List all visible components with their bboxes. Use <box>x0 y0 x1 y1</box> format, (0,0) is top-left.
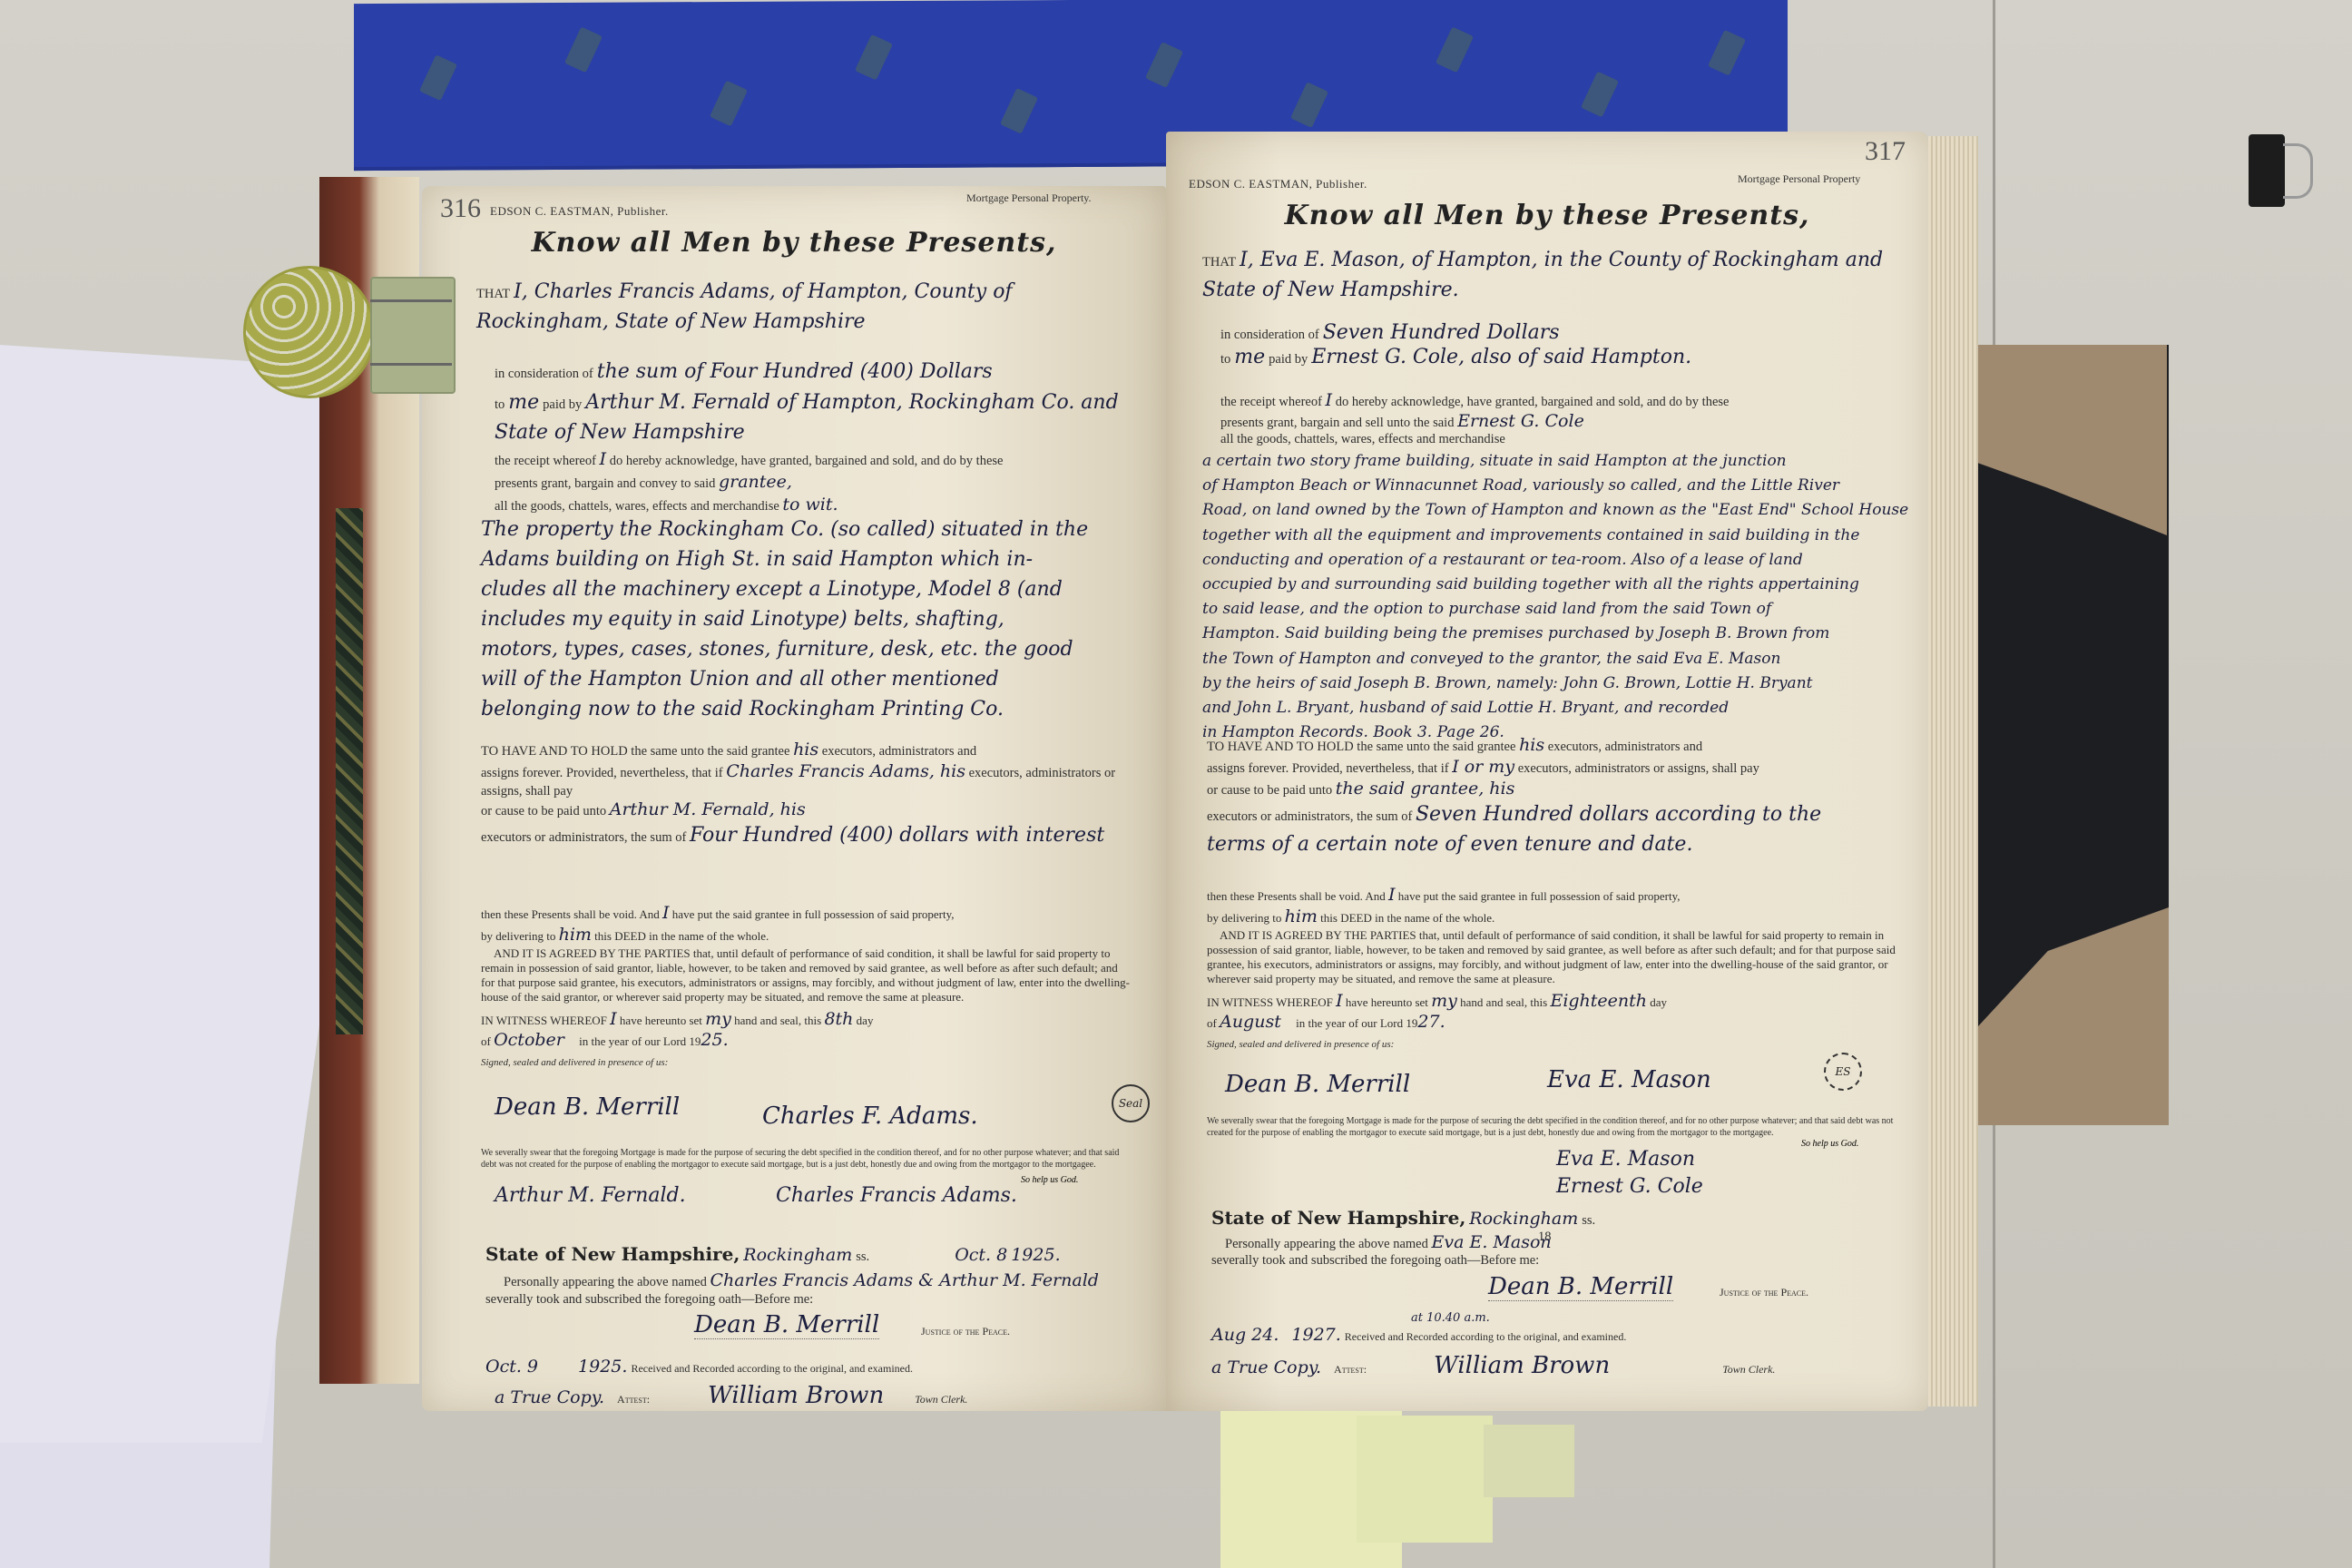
conditions: then these Presents shall be void. And I… <box>481 903 1134 1070</box>
decorative-binder-clip <box>243 259 456 404</box>
habendum-print: TO HAVE AND TO HOLD the same unto the sa… <box>481 744 789 759</box>
clip-wire <box>370 299 452 302</box>
habendum-line: assigns forever. Provided, nevertheless,… <box>1207 757 1906 779</box>
void-print: then these Presents shall be void. And <box>481 907 660 921</box>
subscribed-text: severally took and subscribed the forego… <box>485 1291 813 1308</box>
agreed-clause: AND IT IS AGREED BY THE PARTIES that, un… <box>481 946 1134 1005</box>
received-date: Aug 24. <box>1211 1325 1279 1345</box>
to-label: to <box>1220 352 1230 367</box>
form-type: Mortgage Personal Property <box>1738 172 1860 186</box>
void-line: then these Presents shall be void. And I… <box>1207 885 1906 906</box>
tape-pattern <box>564 26 603 73</box>
oath-signature: Charles Francis Adams. <box>776 1184 1017 1207</box>
habendum-terms: terms of a certain note of even tenure a… <box>1207 829 1906 859</box>
witness-my: my <box>705 1009 731 1029</box>
habendum-line: executors or administrators, the sum of … <box>481 820 1134 850</box>
habendum-line: or cause to be paid unto Arthur M. Ferna… <box>481 799 1134 821</box>
year-hand: 25. <box>701 1030 728 1050</box>
void-hand: I <box>662 903 670 923</box>
habendum-rest: executors, administrators and <box>1548 740 1702 754</box>
ss-label: ss. <box>856 1249 869 1264</box>
description-line: to said lease, and the option to purchas… <box>1202 597 1919 622</box>
received-time: at 10.40 a.m. <box>1411 1311 1490 1325</box>
tape-pattern <box>855 34 893 81</box>
sticky-note <box>1484 1425 1574 1497</box>
oath-signature: Ernest G. Cole <box>1556 1175 1703 1198</box>
grantee-name: Arthur M. Fernald of Hampton, Rockingham… <box>495 391 1119 444</box>
receipt-hand: I <box>600 449 607 469</box>
witness-date-line: of August in the year of our Lord 1927. <box>1207 1012 1906 1034</box>
oath-signature: Arthur M. Fernald. <box>495 1184 686 1207</box>
oath-text: We severally swear that the foregoing Mo… <box>1207 1116 1906 1139</box>
void-hand: I <box>1388 885 1396 905</box>
presents-hand: grantee, <box>719 472 792 492</box>
publisher: EDSON C. EASTMAN, Publisher. <box>1189 177 1367 191</box>
tape-pattern <box>710 81 748 127</box>
cardboard-box <box>1967 345 2169 1125</box>
to-label: to <box>495 397 505 412</box>
receipt-label: the receipt whereof <box>495 454 596 468</box>
clerk-signature: William Brown <box>708 1382 884 1409</box>
so-help-text: So help us God. <box>1801 1139 1858 1149</box>
seal-icon: ES <box>1824 1053 1862 1091</box>
clerk-signature: William Brown <box>1434 1352 1610 1379</box>
binder-clip-icon <box>2249 134 2285 207</box>
void-line: then these Presents shall be void. And I… <box>481 903 1134 925</box>
to-me: me <box>1234 346 1265 368</box>
received-line: Aug 24. 1927. Received and Recorded acco… <box>1211 1325 1910 1345</box>
deliver-hand: him <box>1285 906 1318 926</box>
state-label: State of New Hampshire, <box>485 1243 740 1265</box>
oath-date: Oct. 8 <box>955 1245 1007 1265</box>
habendum-print: assigns forever. Provided, nevertheless,… <box>481 766 723 780</box>
received-text: Received and Recorded according to the o… <box>1345 1330 1627 1343</box>
witness-signature: Dean B. Merrill <box>1225 1071 1410 1098</box>
goods-hand: to wit. <box>782 495 838 514</box>
grantor-name: I, Eva E. Mason, of Hampton, in the Coun… <box>1202 249 1883 301</box>
presents-hand: Ernest G. Cole <box>1457 411 1584 431</box>
received-year: 1927. <box>1291 1325 1340 1345</box>
paid-by-label: paid by <box>543 397 582 412</box>
witness-line: IN WITNESS WHEREOF I have hereunto set m… <box>481 1009 1134 1031</box>
clerk-label: Town Clerk. <box>915 1393 967 1406</box>
receipt-label: the receipt whereof <box>1220 395 1322 409</box>
habendum-line: TO HAVE AND TO HOLD the same unto the sa… <box>481 740 1134 761</box>
deliver-print: by delivering to <box>1207 911 1281 925</box>
justice-signature: Dean B. Merrill <box>694 1311 879 1339</box>
habendum-print: TO HAVE AND TO HOLD the same unto the sa… <box>1207 740 1515 754</box>
property-description: a certain two story frame building, situ… <box>1202 449 1919 745</box>
habendum-hand: Charles Francis Adams, his <box>726 761 965 781</box>
true-copy: a True Copy. <box>1211 1357 1321 1377</box>
presents-line: presents grant, bargain and convey to sa… <box>495 472 1130 494</box>
description-line: cludes all the machinery except a Linoty… <box>481 574 1134 604</box>
appearing-print: Personally appearing the above named <box>1225 1237 1428 1251</box>
witness-line: IN WITNESS WHEREOF I have hereunto set m… <box>1207 991 1906 1013</box>
year-print: in the year of our Lord 19 <box>1296 1016 1417 1030</box>
page-317: 317 EDSON C. EASTMAN, Publisher. Mortgag… <box>1166 132 1928 1411</box>
description-line: Adams building on High St. in said Hampt… <box>481 544 1134 574</box>
received-text: Received and Recorded according to the o… <box>631 1362 913 1375</box>
deliver-rest: this DEED in the name of the whole. <box>1320 911 1494 925</box>
habendum-hand: his <box>793 740 818 759</box>
consideration-line: in consideration of the sum of Four Hund… <box>495 357 1130 387</box>
witness-print: IN WITNESS WHEREOF <box>481 1014 607 1027</box>
tape-pattern <box>419 54 457 101</box>
goods-line: all the goods, chattels, wares, effects … <box>1220 431 1910 447</box>
presents-line: presents grant, bargain and sell unto th… <box>1220 411 1910 433</box>
paid-by-line: to me paid by Arthur M. Fernald of Hampt… <box>495 387 1130 447</box>
ss-label: ss. <box>1582 1213 1595 1228</box>
witness-mid: have hereunto set <box>1346 995 1428 1009</box>
true-copy: a True Copy. <box>495 1387 604 1407</box>
habendum-rest: executors, administrators or assigns, sh… <box>1518 761 1759 776</box>
witness-date-line: of October in the year of our Lord 1925. <box>481 1030 1134 1052</box>
received-line: Oct. 9 1925. Received and Recorded accor… <box>485 1357 1139 1377</box>
deliver-line: by delivering to him this DEED in the na… <box>1207 906 1906 928</box>
description-line: occupied by and surrounding said buildin… <box>1202 573 1919 597</box>
habendum-print: executors or administrators, the sum of <box>1207 809 1412 824</box>
witness-i: I <box>1336 991 1343 1011</box>
description-line: of Hampton Beach or Winnacunnet Road, va… <box>1202 474 1919 498</box>
box-flap-bottom <box>1967 907 2169 1125</box>
habendum-line: assigns forever. Provided, nevertheless,… <box>481 761 1134 799</box>
clip-wire <box>370 363 452 366</box>
description-line: motors, types, cases, stones, furniture,… <box>481 634 1134 664</box>
witness-mid: have hereunto set <box>620 1014 702 1027</box>
page-number: 317 <box>1865 136 1906 167</box>
goods-label: all the goods, chattels, wares, effects … <box>495 499 779 514</box>
signed-label: Signed, sealed and delivered in presence… <box>1207 1039 1906 1052</box>
grantor-line: THAT I, Eva E. Mason, of Hampton, in the… <box>1202 245 1910 305</box>
receipt-line: the receipt whereof I do hereby acknowle… <box>1220 390 1910 412</box>
receipt-rest: do hereby acknowledge, have granted, bar… <box>1336 395 1730 409</box>
day-label: day <box>1650 995 1667 1009</box>
state-label: State of New Hampshire, <box>1211 1207 1465 1229</box>
received-year: 1925. <box>578 1357 627 1377</box>
justice-label: Justice of the Peace. <box>921 1325 1010 1338</box>
presents-label: presents grant, bargain and convey to sa… <box>495 476 715 491</box>
oath-text: We severally swear that the foregoing Mo… <box>481 1148 1134 1171</box>
attest-line: a True Copy. Attest: William Brown Town … <box>1211 1352 1910 1379</box>
page-316: 316 EDSON C. EASTMAN, Publisher. Mortgag… <box>422 186 1166 1411</box>
presents-label: presents grant, bargain and sell unto th… <box>1220 416 1454 430</box>
description-line: will of the Hampton Union and all other … <box>481 664 1134 694</box>
description-line: by the heirs of said Joseph B. Brown, na… <box>1202 671 1919 696</box>
attest-label: Attest: <box>1334 1363 1367 1376</box>
habendum-print: or cause to be paid unto <box>481 804 606 818</box>
tape-pattern <box>1581 72 1619 118</box>
habendum-hand: I or my <box>1452 757 1514 777</box>
year-hand: 27. <box>1417 1012 1445 1032</box>
clip-wire <box>2283 143 2313 199</box>
grantee-name: Ernest G. Cole, also of said Hampton. <box>1311 346 1691 368</box>
subscribed-text: severally took and subscribed the forego… <box>1211 1252 1539 1269</box>
box-flap-top <box>1967 345 2167 535</box>
witness-day: Eighteenth <box>1550 991 1647 1011</box>
description-line: includes my equity in said Linotype) bel… <box>481 604 1134 634</box>
grantor-signature: Eva E. Mason <box>1547 1066 1711 1093</box>
description-line: together with all the equipment and impr… <box>1202 524 1919 548</box>
clip-disc-icon <box>243 266 376 398</box>
habendum-line: or cause to be paid unto the said grante… <box>1207 779 1906 800</box>
witness-i: I <box>610 1009 617 1029</box>
witness-day: 8th <box>824 1009 853 1029</box>
consideration-amount: Seven Hundred Dollars <box>1323 321 1560 344</box>
appearing-line: Personally appearing the above named Cha… <box>504 1270 1157 1292</box>
description-line: Hampton. Said building being the premise… <box>1202 622 1919 646</box>
attest-label: Attest: <box>617 1393 650 1406</box>
appearing-names: Eva E. Mason <box>1432 1232 1552 1252</box>
witness-rest: hand and seal, this <box>734 1014 821 1027</box>
form-type: Mortgage Personal Property. <box>966 191 1092 205</box>
void-print: then these Presents shall be void. And <box>1207 889 1386 903</box>
void-rest: have put the said grantee in full posses… <box>672 907 955 921</box>
void-rest: have put the said grantee in full posses… <box>1398 889 1681 903</box>
witness-signature: Dean B. Merrill <box>495 1093 680 1121</box>
description-line: conducting and operation of a restaurant… <box>1202 548 1919 573</box>
document-heading: Know all Men by these Presents, <box>422 227 1166 259</box>
consideration-label: in consideration of <box>1220 328 1319 342</box>
oath-year: 1925. <box>1011 1245 1060 1265</box>
habendum-clause: TO HAVE AND TO HOLD the same unto the sa… <box>1207 735 1906 859</box>
habendum-hand: the said grantee, his <box>1336 779 1515 799</box>
description-line: The property the Rockingham Co. (so call… <box>481 514 1134 544</box>
received-date: Oct. 9 <box>485 1357 538 1377</box>
consideration-amount: the sum of Four Hundred (400) Dollars <box>597 360 993 383</box>
habendum-print: or cause to be paid unto <box>1207 783 1332 798</box>
day-label: day <box>857 1014 874 1027</box>
deliver-rest: this DEED in the name of the whole. <box>594 929 769 943</box>
habendum-rest: executors, administrators and <box>822 744 976 759</box>
marbled-cover <box>336 508 363 1034</box>
justice-signature: Dean B. Merrill <box>1488 1273 1673 1301</box>
document-heading: Know all Men by these Presents, <box>1166 200 1928 231</box>
deliver-print: by delivering to <box>481 929 555 943</box>
of-label: of <box>1207 1016 1217 1030</box>
witness-month: October <box>494 1030 564 1050</box>
page-edges <box>1928 136 1978 1406</box>
grantor-line: THAT I, Charles Francis Adams, of Hampto… <box>476 277 1130 337</box>
goods-line: all the goods, chattels, wares, effects … <box>495 495 1130 516</box>
description-line: belonging now to the said Rockingham Pri… <box>481 694 1134 724</box>
clerk-label: Town Clerk. <box>1722 1363 1775 1376</box>
witness-print: IN WITNESS WHEREOF <box>1207 995 1333 1009</box>
habendum-line: TO HAVE AND TO HOLD the same unto the sa… <box>1207 735 1906 757</box>
so-help-text: So help us God. <box>1021 1175 1078 1185</box>
appearing-line: Personally appearing the above named Eva… <box>1225 1232 1924 1254</box>
attest-line: a True Copy. Attest: William Brown Town … <box>495 1382 1148 1409</box>
justice-label: Justice of the Peace. <box>1720 1286 1808 1299</box>
description-line: a certain two story frame building, situ… <box>1202 449 1919 474</box>
tape-pattern <box>1436 26 1474 73</box>
sticky-notes <box>1220 1406 1620 1568</box>
tape-pattern <box>1290 82 1328 128</box>
oath-signature: Eva E. Mason <box>1556 1148 1695 1171</box>
conditions: then these Presents shall be void. And I… <box>1207 885 1906 1052</box>
tape-pattern <box>1145 42 1183 88</box>
seal-icon: Seal <box>1112 1084 1150 1122</box>
agreed-clause: AND IT IS AGREED BY THE PARTIES that, un… <box>1207 928 1906 987</box>
habendum-sum: Seven Hundred dollars according to the <box>1416 803 1821 826</box>
habendum-hand: Arthur M. Fernald, his <box>610 799 806 819</box>
ledger-book: 316 EDSON C. EASTMAN, Publisher. Mortgag… <box>413 127 1974 1416</box>
consideration-label: in consideration of <box>495 367 593 381</box>
paid-by-line: to me paid by Ernest G. Cole, also of sa… <box>1220 342 1910 372</box>
description-line: the Town of Hampton and conveyed to the … <box>1202 647 1919 671</box>
state-line: State of New Hampshire, Rockingham ss. O… <box>485 1243 1139 1265</box>
that-label: THAT <box>476 287 510 301</box>
receipt-hand: I <box>1326 390 1333 410</box>
description-line: Road, on land owned by the Town of Hampt… <box>1202 498 1919 523</box>
habendum-print: executors or administrators, the sum of <box>481 830 686 845</box>
county-hand: Rockingham <box>1469 1209 1578 1229</box>
receipt-rest: do hereby acknowledge, have granted, bar… <box>610 454 1004 468</box>
county-hand: Rockingham <box>743 1245 852 1265</box>
year-print: in the year of our Lord 19 <box>579 1034 701 1048</box>
of-label: of <box>481 1034 491 1048</box>
publisher: EDSON C. EASTMAN, Publisher. <box>490 204 669 219</box>
appearing-names: Charles Francis Adams & Arthur M. Fernal… <box>710 1270 1099 1290</box>
tape-pattern <box>1708 30 1746 76</box>
witness-my: my <box>1431 991 1457 1011</box>
witness-month: August <box>1220 1012 1281 1032</box>
appearing-print: Personally appearing the above named <box>504 1275 707 1289</box>
receipt-line: the receipt whereof I do hereby acknowle… <box>495 449 1130 471</box>
deliver-hand: him <box>559 925 592 945</box>
grantor-signature: Charles F. Adams. <box>762 1102 978 1130</box>
habendum-line: executors or administrators, the sum of … <box>1207 799 1906 829</box>
clip-body <box>370 277 456 394</box>
property-description: The property the Rockingham Co. (so call… <box>481 514 1134 724</box>
witness-rest: hand and seal, this <box>1460 995 1547 1009</box>
habendum-sum: Four Hundred (400) dollars with interest <box>690 824 1104 847</box>
habendum-print: assigns forever. Provided, nevertheless,… <box>1207 761 1449 776</box>
grantor-name: I, Charles Francis Adams, of Hampton, Co… <box>476 280 1013 333</box>
habendum-hand: his <box>1519 735 1544 755</box>
habendum-clause: TO HAVE AND TO HOLD the same unto the sa… <box>481 740 1134 850</box>
to-me: me <box>508 391 539 414</box>
paid-by-label: paid by <box>1269 352 1308 367</box>
deliver-line: by delivering to him this DEED in the na… <box>481 925 1134 946</box>
description-line: and John L. Bryant, husband of said Lott… <box>1202 696 1919 720</box>
that-label: THAT <box>1202 255 1236 269</box>
signed-label: Signed, sealed and delivered in presence… <box>481 1057 1134 1070</box>
sticky-note <box>1357 1416 1493 1543</box>
page-number: 316 <box>440 193 481 224</box>
